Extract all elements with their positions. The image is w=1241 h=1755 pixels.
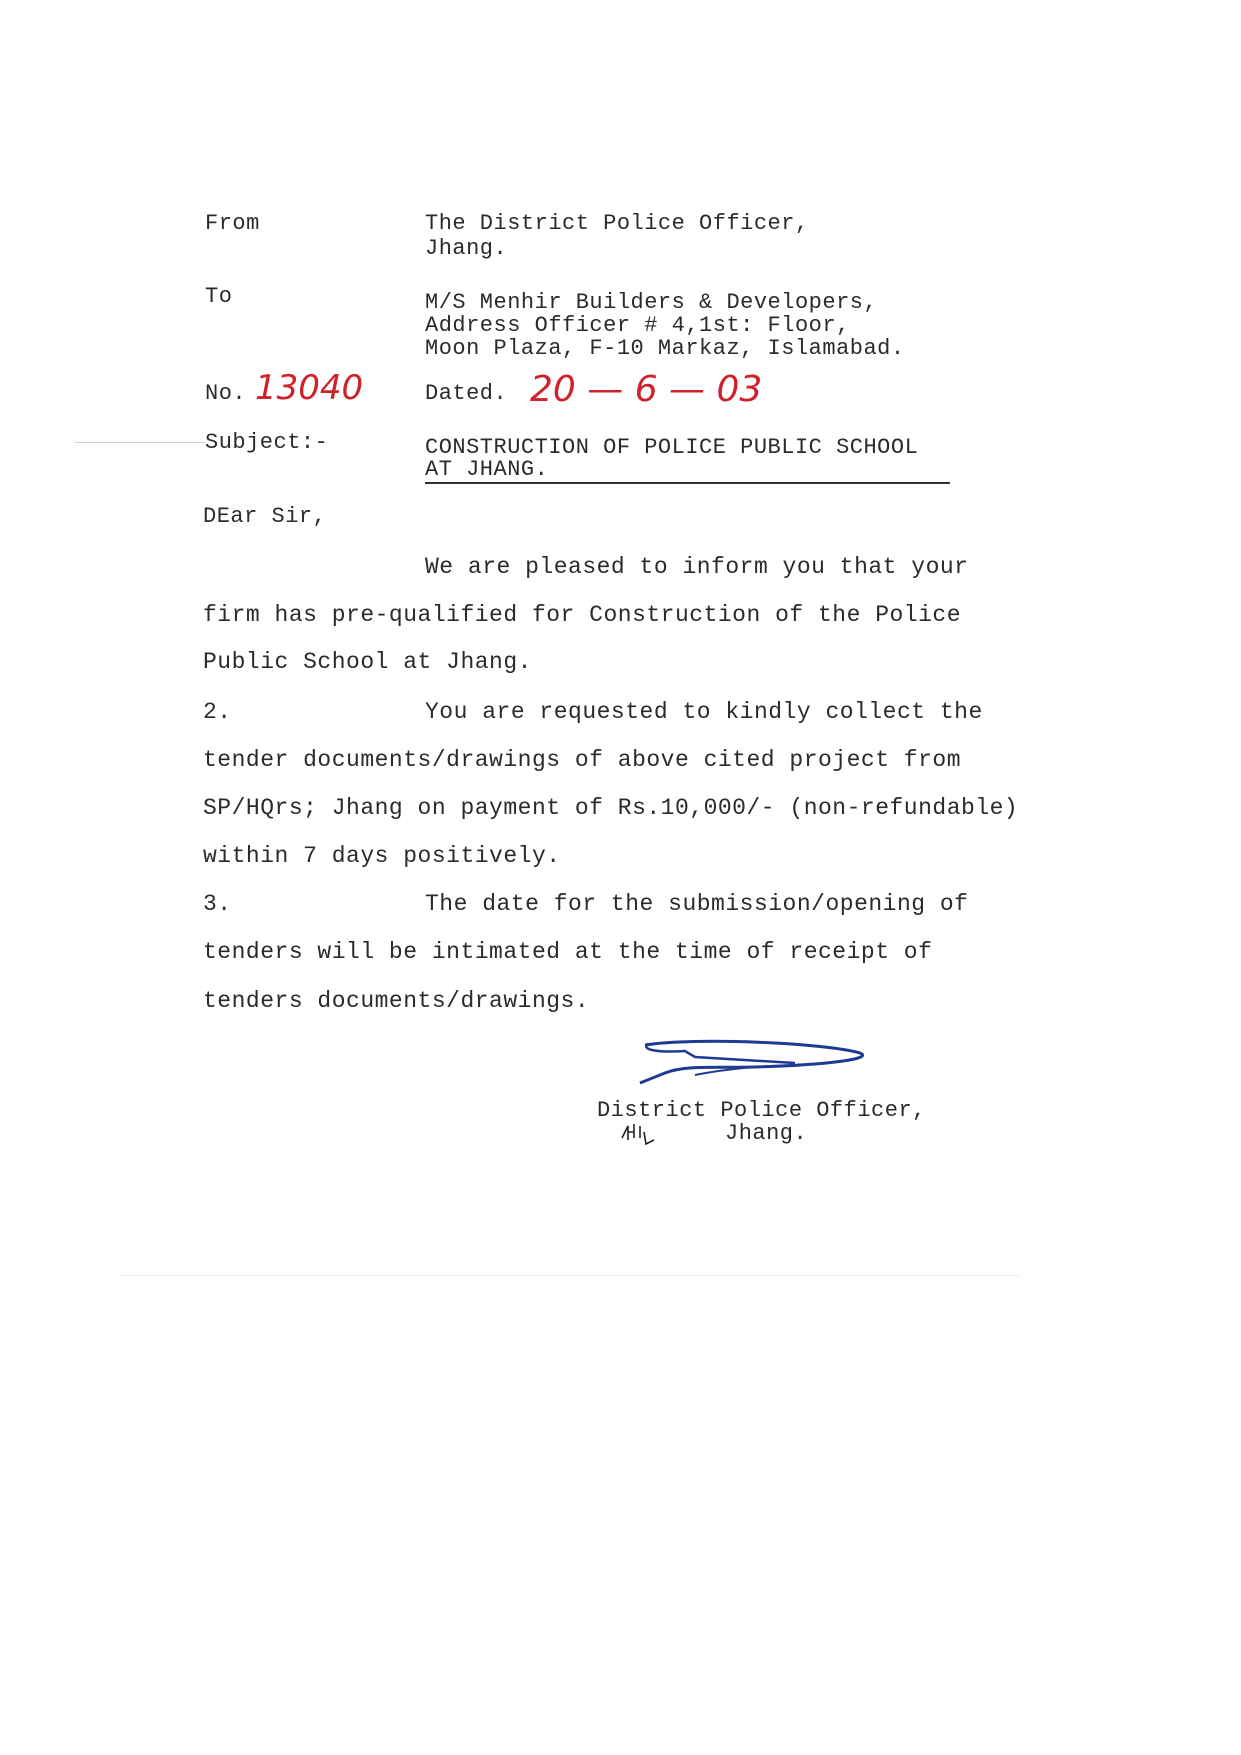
reference-number-label: No. bbox=[205, 383, 246, 405]
body-line: SP/HQrs; Jhang on payment of Rs.10,000/-… bbox=[203, 797, 1018, 819]
to-label: To bbox=[205, 286, 232, 308]
body-line: We are pleased to inform you that your bbox=[425, 556, 969, 578]
subject-label: Subject:- bbox=[205, 432, 328, 454]
to-line-3: Moon Plaza, F-10 Markaz, Islamabad. bbox=[425, 338, 905, 360]
from-line-2: Jhang. bbox=[425, 238, 507, 260]
faint-rule bbox=[120, 1275, 1020, 1276]
subject-underline bbox=[425, 482, 950, 484]
dated-label: Dated. bbox=[425, 383, 507, 405]
reference-number-value: 13040 bbox=[255, 370, 363, 406]
body-line: The date for the submission/opening of bbox=[425, 893, 969, 915]
to-line-2: Address Officer # 4,1st: Floor, bbox=[425, 315, 850, 337]
body-line: tender documents/drawings of above cited… bbox=[203, 749, 961, 771]
subject-line-1: CONSTRUCTION OF POLICE PUBLIC SCHOOL bbox=[425, 437, 918, 459]
body-line: tenders will be intimated at the time of… bbox=[203, 941, 932, 963]
to-line-1: M/S Menhir Builders & Developers, bbox=[425, 292, 877, 314]
body-line: You are requested to kindly collect the bbox=[425, 701, 983, 723]
subject-line-2: AT JHANG. bbox=[425, 459, 548, 481]
from-line-1: The District Police Officer, bbox=[425, 213, 809, 235]
body-line: Public School at Jhang. bbox=[203, 651, 532, 673]
body-line: tenders documents/drawings. bbox=[203, 990, 589, 1012]
body-line: within 7 days positively. bbox=[203, 845, 561, 867]
faint-rule bbox=[75, 442, 205, 443]
salutation: DEar Sir, bbox=[203, 506, 326, 528]
paragraph-number-2: 2. bbox=[203, 701, 232, 723]
from-label: From bbox=[205, 213, 260, 235]
signature-scribble-icon bbox=[635, 1035, 875, 1095]
body-line: firm has pre-qualified for Construction … bbox=[203, 604, 961, 626]
initials-icon bbox=[618, 1118, 658, 1148]
dated-value: 20 — 6 — 03 bbox=[530, 372, 762, 408]
paragraph-number-3: 3. bbox=[203, 893, 232, 915]
signature-place: Jhang. bbox=[725, 1123, 807, 1145]
